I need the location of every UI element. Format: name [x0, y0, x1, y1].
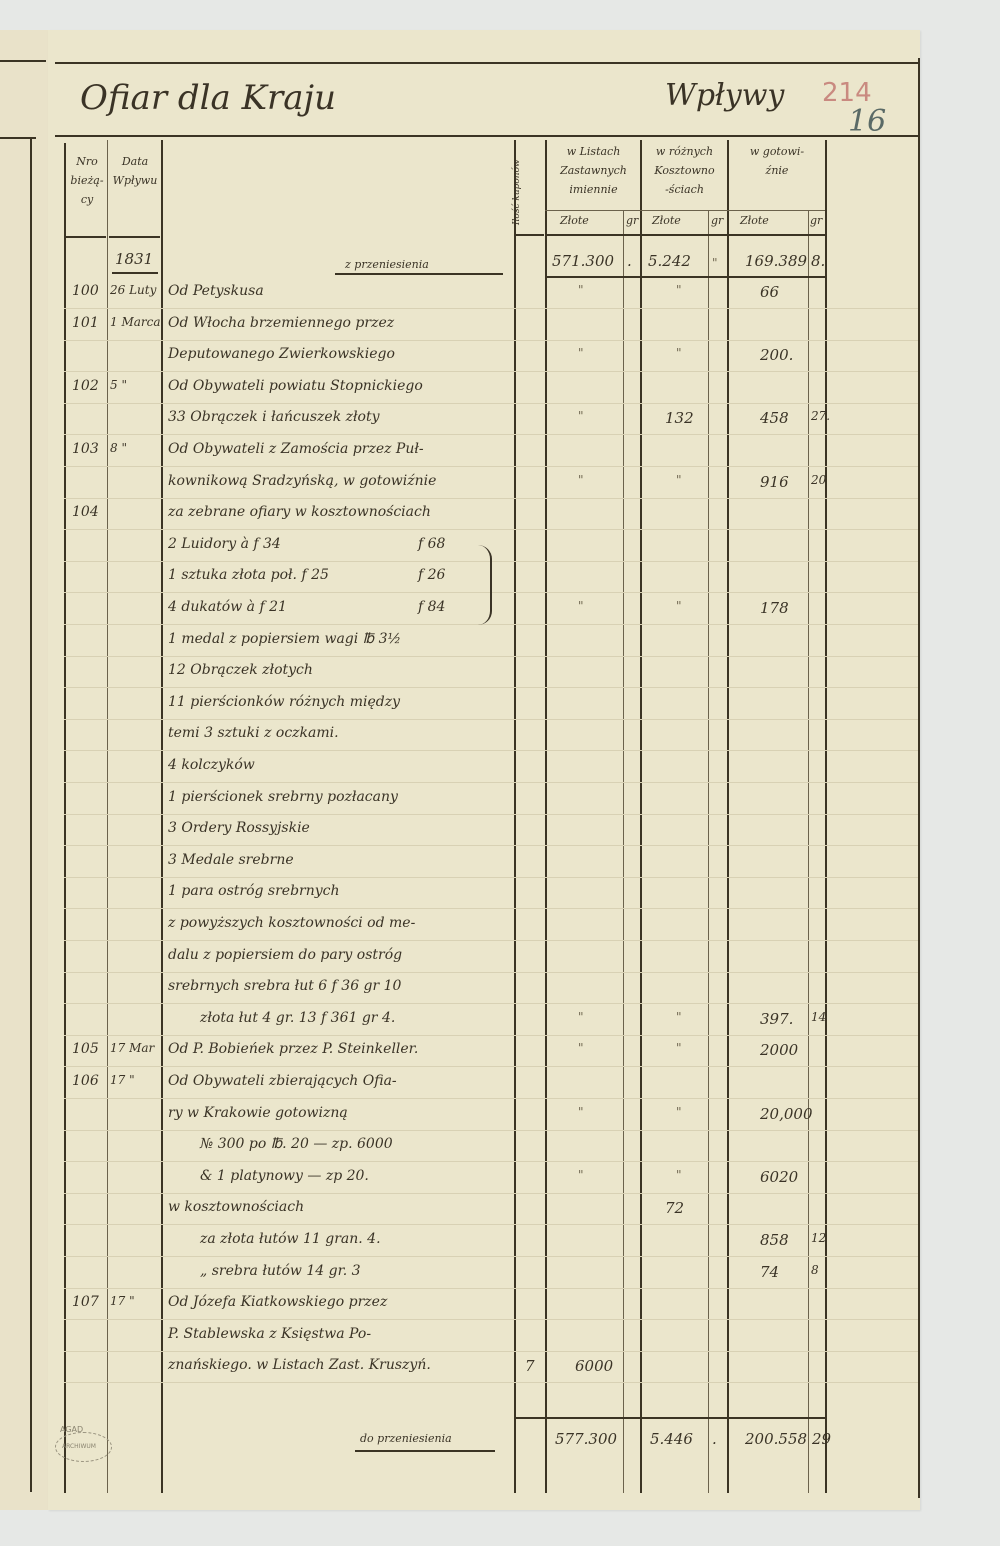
- entry-description: 4 kolczyków: [168, 757, 255, 773]
- left-strip-column-rule: [30, 137, 32, 1492]
- entry-kosztownosci: ": [676, 346, 682, 360]
- entry-description: 33 Obrączek i łańcuszek złoty: [168, 409, 380, 425]
- entry-gotowizna-gr: 8: [811, 1263, 819, 1277]
- entry-description: P. Stablewska z Księstwa Po-: [168, 1326, 371, 1342]
- row-rule: [64, 624, 918, 625]
- row-rule: [64, 371, 918, 372]
- entry-coupons: 7: [525, 1357, 535, 1375]
- row-rule: [64, 434, 918, 435]
- subheader-listy-gr: gr: [626, 214, 638, 227]
- entry-description: znańskiego. w Listach Zast. Kruszyń.: [168, 1357, 431, 1373]
- row-rule: [64, 1351, 918, 1352]
- col-rule-date: [161, 140, 163, 1493]
- archive-stamp: AGAD ARCHIWUM: [55, 1432, 112, 1462]
- entry-description: 3 Ordery Rossyjskie: [168, 820, 310, 836]
- entry-gotowizna: 397.: [760, 1010, 793, 1028]
- entry-number: 100: [72, 283, 99, 299]
- entry-number: 102: [72, 378, 99, 394]
- entry-date: 17 ": [110, 1073, 135, 1087]
- row-rule: [64, 1382, 918, 1383]
- entry-date: 26 Luty: [110, 283, 156, 297]
- row-rule: [64, 308, 918, 309]
- row-rule: [64, 908, 918, 909]
- entry-description: № 300 po ℔. 20 — zp. 6000: [200, 1136, 393, 1152]
- entry-number: 104: [72, 504, 99, 520]
- entry-kosztownosci: ": [676, 283, 682, 297]
- total-label: do przeniesienia: [360, 1432, 452, 1445]
- entry-listy: ": [578, 346, 584, 360]
- left-page-strip: [0, 30, 49, 1510]
- page-title: Ofiar dla Kraju: [80, 78, 336, 118]
- cf-listy-zlote: 571.300: [552, 252, 614, 270]
- subheader-got-zlote: Złote: [740, 214, 769, 227]
- entry-listy: ": [578, 1105, 584, 1119]
- entry-gotowizna: 458: [760, 409, 789, 427]
- left-strip-top-rule: [0, 60, 46, 62]
- row-rule: [64, 972, 918, 973]
- top-rule: [55, 62, 920, 64]
- cf-koszt-gr: ": [712, 256, 718, 270]
- row-rule: [64, 877, 918, 878]
- entry-description: Deputowanego Zwierkowskiego: [168, 346, 395, 362]
- total-label-underline: [355, 1450, 495, 1452]
- entry-listy: ": [578, 1168, 584, 1182]
- subheader-top-rule: [545, 210, 825, 211]
- col-rule-right: [825, 140, 827, 1493]
- entry-listy: ": [578, 409, 584, 423]
- row-rule: [64, 498, 918, 499]
- entry-number: 103: [72, 441, 99, 457]
- entry-gotowizna-gr: 14: [811, 1010, 826, 1024]
- entry-description: za zebrane ofiary w kosztownościach: [168, 504, 431, 520]
- entry-gotowizna-gr: 12: [811, 1231, 826, 1245]
- entry-description: złota łut 4 gr. 13 f 361 gr 4.: [200, 1010, 395, 1026]
- title-bottom-rule: [55, 135, 920, 137]
- entry-description: 1 sztuka złota poł. f 25: [168, 567, 329, 583]
- section-title: Wpływy: [665, 78, 784, 113]
- row-rule: [64, 1066, 918, 1067]
- entry-description: & 1 platynowy — zp 20.: [200, 1168, 369, 1184]
- subheader-listy-zlote: Złote: [560, 214, 589, 227]
- row-rule: [64, 1035, 918, 1036]
- header-no: Nrobieżą-cy: [66, 152, 108, 209]
- stamp-line-1: AGAD: [60, 1425, 83, 1434]
- entry-number: 107: [72, 1294, 99, 1310]
- row-rule: [64, 1224, 918, 1225]
- cf-got-zlote: 169.389: [745, 252, 807, 270]
- entry-gotowizna: 66: [760, 283, 779, 301]
- row-rule: [64, 719, 918, 720]
- entry-number: 106: [72, 1073, 99, 1089]
- row-rule: [64, 814, 918, 815]
- row-rule: [64, 1256, 918, 1257]
- entry-description: 2 Luidory à f 34: [168, 536, 281, 552]
- total-got-gr: 29: [812, 1430, 831, 1448]
- header-date: DataWpływu: [109, 152, 161, 190]
- row-rule: [64, 940, 918, 941]
- row-rule: [64, 403, 918, 404]
- entry-gotowizna: 916: [760, 473, 789, 491]
- entry-description: srebrnych srebra łut 6 f 36 gr 10: [168, 978, 401, 994]
- entry-description: Od Obywateli powiatu Stopnickiego: [168, 378, 423, 394]
- subheader-koszt-gr: gr: [711, 214, 723, 227]
- col-rule-coupons: [545, 140, 547, 1493]
- row-rule: [64, 340, 918, 341]
- col-rule-listy: [640, 140, 642, 1493]
- entry-description: Od Józefa Kiatkowskiego przez: [168, 1294, 387, 1310]
- row-rule: [64, 1130, 918, 1131]
- header-rule-date: [109, 236, 160, 238]
- entry-description: 1 medal z popiersiem wagi ℔ 3½: [168, 631, 401, 647]
- entry-gotowizna: 6020: [760, 1168, 798, 1186]
- entry-description: 3 Medale srebrne: [168, 852, 294, 868]
- row-rule: [64, 750, 918, 751]
- entry-listy: ": [578, 1041, 584, 1055]
- entry-listy: ": [578, 473, 584, 487]
- entry-description: 1 pierścionek srebrny pozłacany: [168, 789, 398, 805]
- entry-number: 101: [72, 315, 99, 331]
- entry-description: w kosztownościach: [168, 1199, 304, 1215]
- entry-description: 11 pierścionków różnych między: [168, 694, 400, 710]
- row-rule: [64, 1161, 918, 1162]
- row-rule: [64, 1003, 918, 1004]
- entry-description: z powyższych kosztowności od me-: [168, 915, 415, 931]
- entry-gotowizna: 2000: [760, 1041, 798, 1059]
- entry-description: kownikową Sradzyńską, w gotowiźnie: [168, 473, 436, 489]
- entry-date: 17 Mar: [110, 1041, 154, 1055]
- entry-listy: ": [578, 283, 584, 297]
- row-rule: [64, 845, 918, 846]
- row-rule: [64, 1288, 918, 1289]
- entry-subamount: f 26: [418, 567, 445, 583]
- entry-listy: ": [578, 1010, 584, 1024]
- year-underline: [112, 272, 158, 274]
- col-rule-no: [107, 140, 108, 1493]
- subheader-got-gr: gr: [810, 214, 822, 227]
- col-rule-koszt: [727, 140, 729, 1493]
- entry-description: Od Petyskusa: [168, 283, 264, 299]
- header-coupons: Ilość kuponów: [512, 159, 522, 225]
- row-rule: [64, 782, 918, 783]
- entry-kosztownosci: ": [676, 599, 682, 613]
- entry-date: 8 ": [110, 441, 127, 455]
- row-rule: [64, 1098, 918, 1099]
- row-rule: [64, 466, 918, 467]
- folio-number-pencil: 16: [848, 104, 886, 139]
- entry-description: dalu z popiersiem do pary ostróg: [168, 947, 402, 963]
- entry-gotowizna: 858: [760, 1231, 789, 1249]
- row-rule: [64, 1193, 918, 1194]
- header-kosztownosci: w różnychKosztowno-ściach: [642, 142, 727, 199]
- entry-kosztownosci: ": [676, 1041, 682, 1055]
- entry-description: Od Obywateli z Zamościa przez Puł-: [168, 441, 424, 457]
- entry-description: ry w Krakowie gotowizną: [168, 1105, 348, 1121]
- year: 1831: [115, 250, 153, 268]
- header-rule-coupons: [516, 234, 544, 236]
- entry-description: Od Obywateli zbierających Ofia-: [168, 1073, 397, 1089]
- row-rule: [64, 687, 918, 688]
- row-rule: [64, 529, 918, 530]
- cf-koszt-zlote: 5.242: [648, 252, 691, 270]
- header-rule-no: [66, 236, 106, 238]
- entry-date: 5 ": [110, 378, 127, 392]
- row-rule: [64, 1319, 918, 1320]
- entry-date: 1 Marca: [110, 315, 161, 329]
- entry-number: 105: [72, 1041, 99, 1057]
- cf-got-gr: 8.: [811, 252, 825, 270]
- entry-kosztownosci: ": [676, 473, 682, 487]
- entry-gotowizna: 74: [760, 1263, 779, 1281]
- entry-kosztownosci: ": [676, 1105, 682, 1119]
- entry-description: 4 dukatów à f 21: [168, 599, 287, 615]
- total-listy-zlote: 577.300: [555, 1430, 617, 1448]
- entry-gotowizna: 178: [760, 599, 789, 617]
- entry-description: za złota łutów 11 gran. 4.: [200, 1231, 381, 1247]
- entry-listy: 6000: [575, 1357, 613, 1375]
- total-top-rule: [515, 1417, 825, 1419]
- total-koszt-gr: .: [712, 1430, 717, 1448]
- stamp-line-2: ARCHIWUM: [62, 1443, 96, 1450]
- entry-kosztownosci: 132: [665, 409, 694, 427]
- header-listy: w ListachZastawnychimiennie: [547, 142, 640, 199]
- cf-listy-gr: .: [627, 252, 632, 270]
- entry-kosztownosci: ": [676, 1010, 682, 1024]
- entry-description: 12 Obrączek złotych: [168, 662, 313, 678]
- carried-forward-label: z przeniesienia: [345, 258, 429, 271]
- entry-gotowizna: 200.: [760, 346, 793, 364]
- entry-subamount: f 68: [418, 536, 445, 552]
- total-koszt-zlote: 5.446: [650, 1430, 693, 1448]
- entry-description: Od Włocha brzemiennego przez: [168, 315, 394, 331]
- entry-kosztownosci: 72: [665, 1199, 684, 1217]
- entry-gotowizna-gr: 27.: [811, 409, 830, 423]
- entry-description: Od P. Bobieńek przez P. Steinkeller.: [168, 1041, 418, 1057]
- entry-date: 17 ": [110, 1294, 135, 1308]
- entry-subamount: f 84: [418, 599, 445, 615]
- cf-underline: [547, 276, 825, 278]
- row-rule: [64, 656, 918, 657]
- entry-gotowizna: 20,000: [760, 1105, 813, 1123]
- subheader-koszt-zlote: Złote: [652, 214, 681, 227]
- entry-gotowizna-gr: 20: [811, 473, 826, 487]
- col-rule-left: [64, 143, 66, 1493]
- entry-description: 1 para ostróg srebrnych: [168, 883, 340, 899]
- entry-description: „ srebra łutów 14 gr. 3: [200, 1263, 361, 1279]
- entry-listy: ": [578, 599, 584, 613]
- brace: [478, 545, 492, 625]
- entry-kosztownosci: ": [676, 1168, 682, 1182]
- right-outer-rule: [918, 58, 920, 1498]
- total-got-zlote: 200.558: [745, 1430, 807, 1448]
- col-rule-desc: [514, 140, 516, 1493]
- header-gotowizna: w gotowi-źnie: [729, 142, 825, 180]
- header-rule-amounts: [547, 234, 825, 236]
- carried-forward-underline: [335, 273, 503, 275]
- entry-description: temi 3 sztuki z oczkami.: [168, 725, 339, 741]
